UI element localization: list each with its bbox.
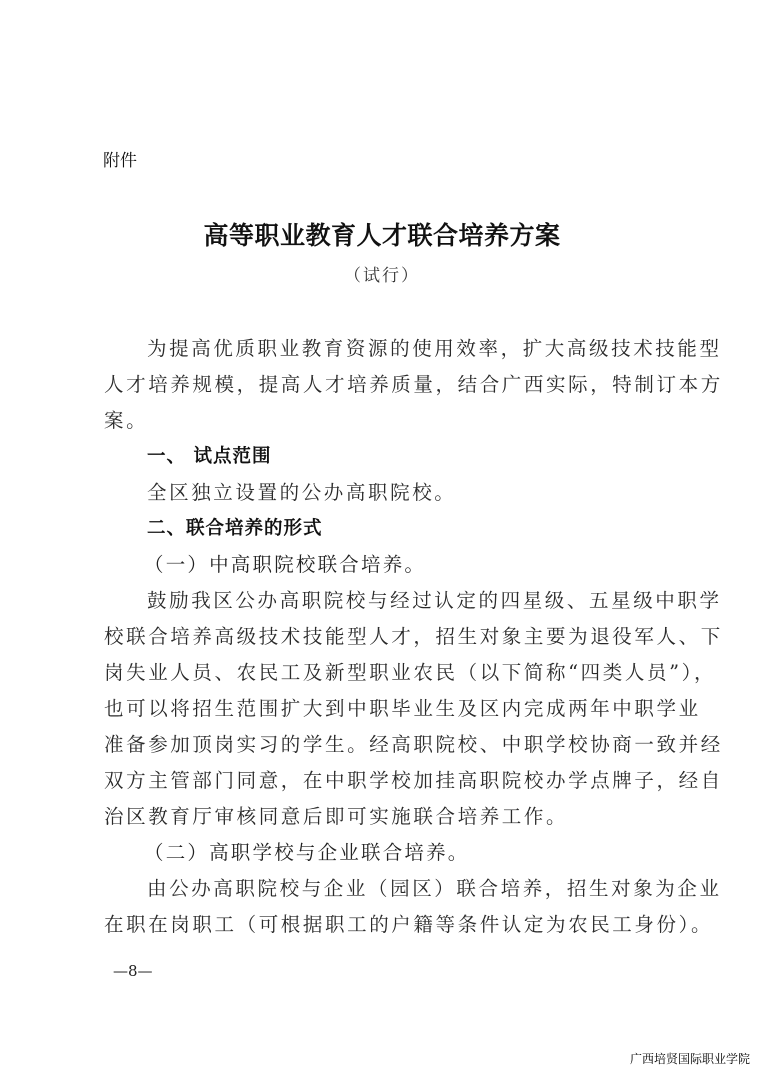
text-line: 在职在岗职工（可根据职工的户籍等条件认定为农民工身份）。 [104,907,668,943]
section-heading-forms: 二、联合培养的形式 [104,511,668,547]
section-heading-scope: 一、 试点范围 [104,439,668,475]
intro-paragraph: 为提高优质职业教育资源的使用效率，扩大高级技术技能型 人才培养规模，提高人才培养… [104,331,668,439]
text-line: 校联合培养高级技术技能型人才，招生对象主要为退役军人、下 [104,619,668,655]
text-line: 由公办高职院校与企业（园区）联合培养，招生对象为企业 [104,871,668,907]
subsection-paragraph-secondary-higher: 鼓励我区公办高职院校与经过认定的四星级、五星级中职学 校联合培养高级技术技能型人… [104,583,668,835]
text-line: 为提高优质职业教育资源的使用效率，扩大高级技术技能型 [104,331,668,367]
text-line: 案。 [104,403,668,439]
subsection-paragraph-enterprise: 由公办高职院校与企业（园区）联合培养，招生对象为企业 在职在岗职工（可根据职工的… [104,871,668,943]
text-line: 人才培养规模，提高人才培养质量，结合广西实际，特制订本方 [104,367,668,403]
text-line: 鼓励我区公办高职院校与经过认定的四星级、五星级中职学 [104,583,668,619]
text-line: 也可以将招生范围扩大到中职毕业生及区内完成两年中职学业 [104,691,668,727]
subsection-heading-enterprise: （二）高职学校与企业联合培养。 [104,835,668,871]
text-line: 准备参加顶岗实习的学生。经高职院校、中职学校协商一致并经 [104,727,668,763]
subsection-heading-secondary-higher: （一）中高职院校联合培养。 [104,547,668,583]
document-title: 高等职业教育人才联合培养方案 [0,216,764,252]
page-number: —8— [113,962,153,980]
section-scope-text: 全区独立设置的公办高职院校。 [104,475,668,511]
footer-watermark: 广西培贤国际职业学院 [630,1050,750,1067]
attachment-label: 附件 [103,146,137,171]
document-subtitle: （试行） [0,261,764,286]
text-line: 双方主管部门同意，在中职学校加挂高职院校办学点牌子，经自 [104,763,668,799]
text-line: 岗失业人员、农民工及新型职业农民（以下简称“四类人员”）， [104,655,668,691]
text-line: 治区教育厅审核同意后即可实施联合培养工作。 [104,799,668,835]
document-body: 为提高优质职业教育资源的使用效率，扩大高级技术技能型 人才培养规模，提高人才培养… [104,331,668,943]
